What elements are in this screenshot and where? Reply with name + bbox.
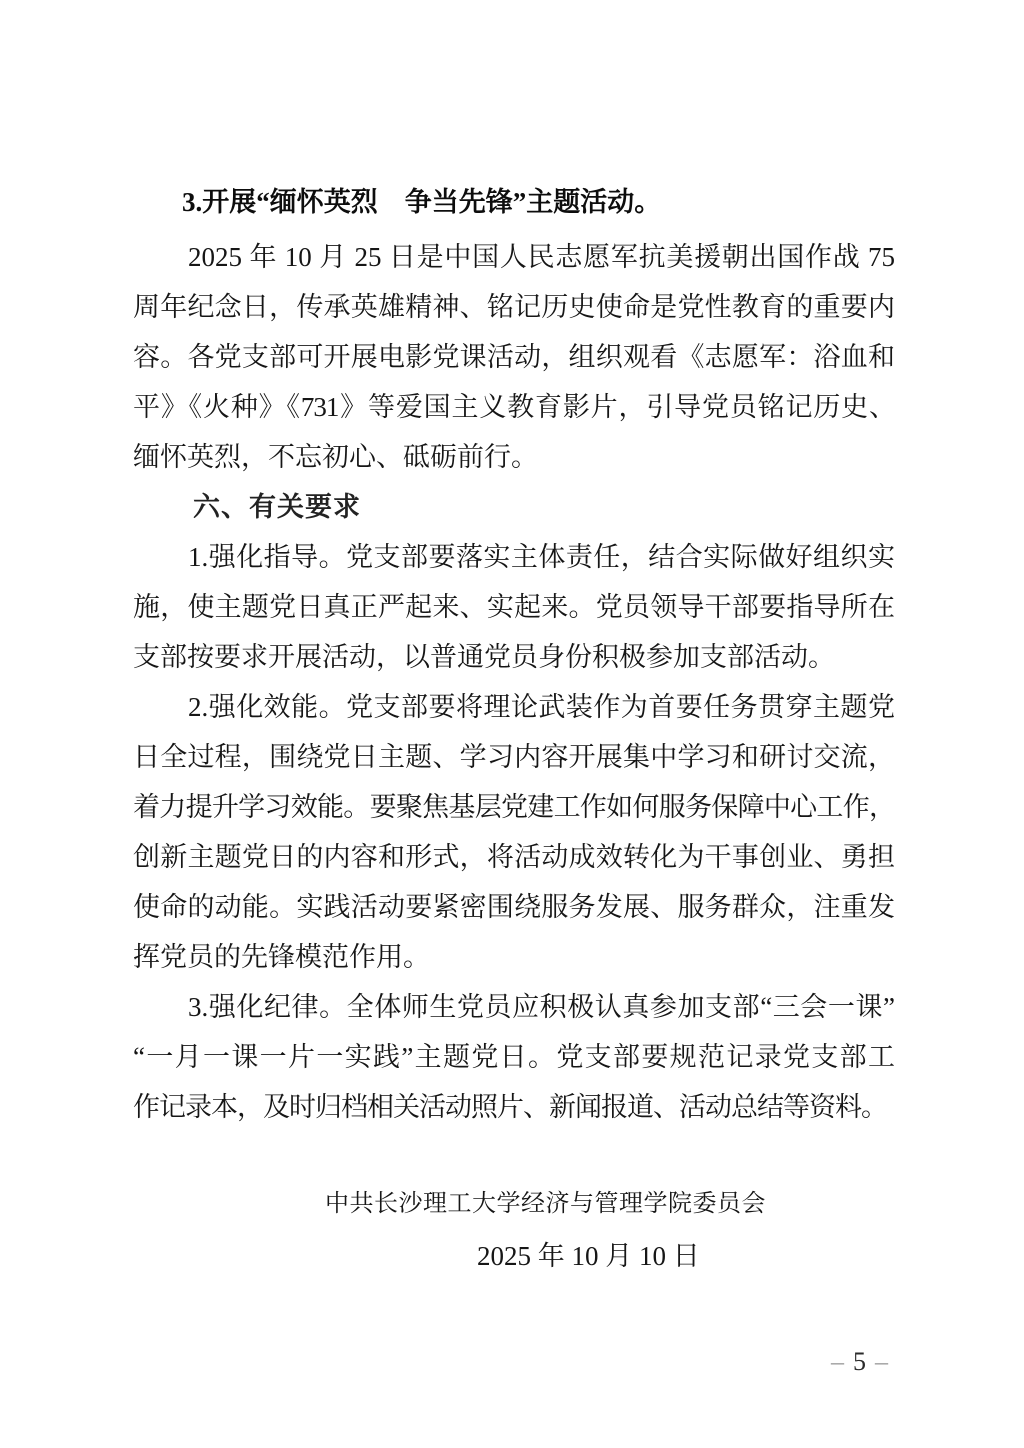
issuer-signature: 中共长沙理工大学经济与管理学院委员会: [133, 1177, 895, 1231]
text-line: 3.强化纪律。全体师生党员应积极认真参加支部“三会一课”: [133, 982, 895, 1032]
text-line: 平》《火种》《731》等爱国主义教育影片，引导党员铭记历史、: [133, 382, 895, 432]
text-line: 日全过程，围绕党日主题、学习内容开展集中学习和研讨交流，: [133, 732, 895, 782]
section-6-heading: 六、有关要求: [133, 482, 895, 532]
page-number: –5–: [823, 1348, 897, 1376]
paragraph-requirement-1: 1.强化指导。党支部要落实主体责任，结合实际做好组织实 施，使主题党日真正严起来…: [133, 532, 895, 682]
page-number-dash: –: [867, 1347, 897, 1376]
text-line: 挥党员的先锋模范作用。: [133, 932, 895, 982]
paragraph-requirement-2: 2.强化效能。党支部要将理论武装作为首要任务贯穿主题党 日全过程，围绕党日主题、…: [133, 682, 895, 982]
page-number-dash: –: [823, 1347, 853, 1376]
document-body: 3.开展“缅怀英烈 争当先锋”主题活动。 2025 年 10 月 25 日是中国…: [133, 177, 895, 1281]
text-line: 周年纪念日，传承英雄精神、铭记历史使命是党性教育的重要内: [133, 282, 895, 332]
text-line: 创新主题党日的内容和形式，将活动成效转化为干事创业、勇担: [133, 832, 895, 882]
text-line: 缅怀英烈，不忘初心、砥砺前行。: [133, 432, 895, 482]
text-line: 作记录本，及时归档相关活动照片、新闻报道、活动总结等资料。: [133, 1082, 895, 1132]
page-number-value: 5: [853, 1347, 867, 1376]
paragraph-requirement-3: 3.强化纪律。全体师生党员应积极认真参加支部“三会一课” “一月一课一片一实践”…: [133, 982, 895, 1132]
text-line: 使命的动能。实践活动要紧密围绕服务发展、服务群众，注重发: [133, 882, 895, 932]
text-line: 2025 年 10 月 25 日是中国人民志愿军抗美援朝出国作战 75: [133, 232, 895, 282]
text-line: 容。各党支部可开展电影党课活动，组织观看《志愿军：浴血和: [133, 332, 895, 382]
paragraph-movie-activity: 2025 年 10 月 25 日是中国人民志愿军抗美援朝出国作战 75 周年纪念…: [133, 232, 895, 482]
activity-3-heading: 3.开展“缅怀英烈 争当先锋”主题活动。: [133, 177, 895, 227]
text-line: 支部按要求开展活动，以普通党员身份积极参加支部活动。: [133, 632, 895, 682]
text-line: 着力提升学习效能。要聚焦基层党建工作如何服务保障中心工作，: [133, 782, 895, 832]
text-line: 施，使主题党日真正严起来、实起来。党员领导干部要指导所在: [133, 582, 895, 632]
closing-block: 中共长沙理工大学经济与管理学院委员会 2025 年 10 月 10 日: [133, 1177, 895, 1281]
text-line: “一月一课一片一实践”主题党日。党支部要规范记录党支部工: [133, 1032, 895, 1082]
text-line: 2.强化效能。党支部要将理论武装作为首要任务贯穿主题党: [133, 682, 895, 732]
document-page: 3.开展“缅怀英烈 争当先锋”主题活动。 2025 年 10 月 25 日是中国…: [0, 0, 1024, 1448]
text-line: 1.强化指导。党支部要落实主体责任，结合实际做好组织实: [133, 532, 895, 582]
issue-date: 2025 年 10 月 10 日: [133, 1231, 895, 1281]
